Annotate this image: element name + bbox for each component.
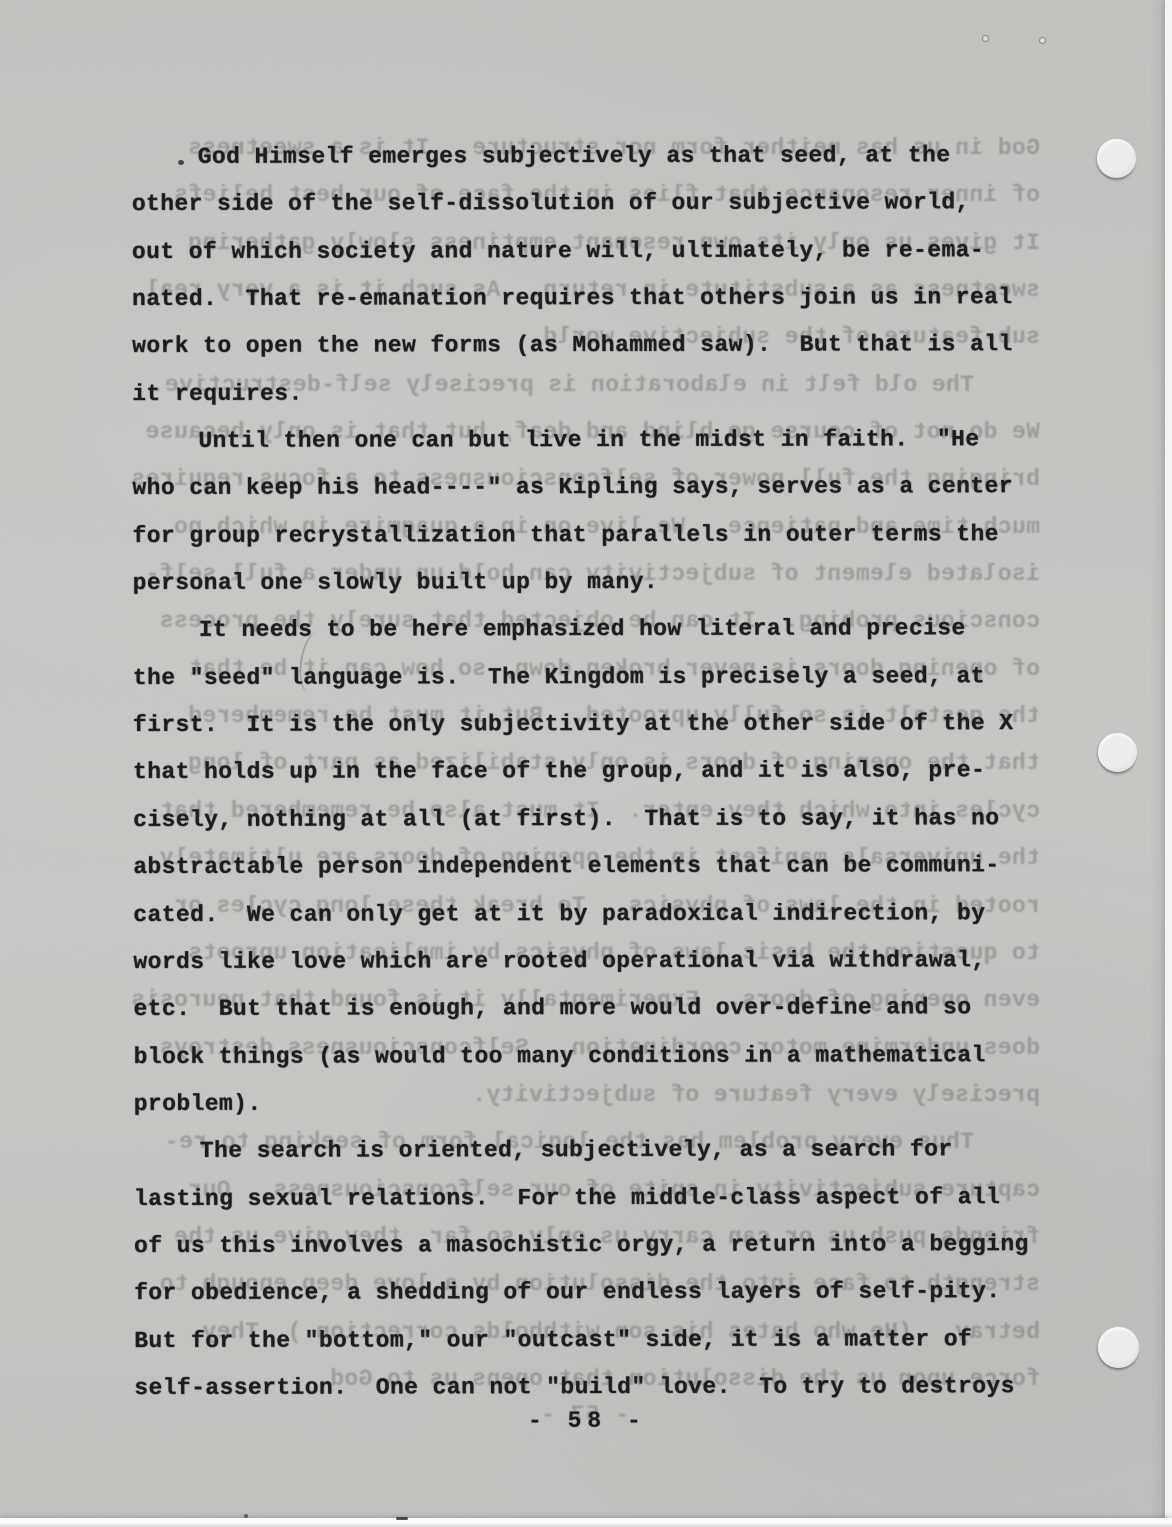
typed-line: who can keep his head----" as Kipling sa…	[132, 463, 1052, 512]
typed-line: The search is oriented, subjectively, as…	[134, 1126, 1054, 1175]
typed-line: personal one slowly built up by many.	[133, 558, 1053, 607]
scan-edge-right	[1165, 0, 1172, 1527]
punch-hole-top	[1097, 139, 1136, 178]
punch-hole-bottom	[1098, 1327, 1139, 1368]
typed-line: cisely, nothing at all (at first). That …	[133, 795, 1053, 844]
typed-line: work to open the new forms (as Mohammed …	[132, 321, 1052, 370]
typed-line: cated. We can only get at it by paradoxi…	[133, 890, 1053, 939]
typed-line: lasting sexual relations. For the middle…	[134, 1174, 1054, 1223]
typed-line: block things (as would too many conditio…	[134, 1032, 1054, 1081]
typed-line: out of which society and nature will, ul…	[132, 227, 1052, 276]
stray-ink-dot	[178, 160, 184, 165]
scanned-typewritten-page: God in us has neither form nor structure…	[0, 0, 1172, 1527]
page-number: - 58 -	[528, 1408, 647, 1434]
typed-line: first. It is the only subjectivity at th…	[133, 700, 1053, 749]
typed-line: the "seed" language is. The Kingdom is p…	[133, 653, 1053, 702]
edge-ink-dash	[396, 1517, 408, 1520]
typed-line: etc. But that is enough, and more would …	[133, 984, 1053, 1033]
typed-body-text: God Himself emerges subjectively as that…	[132, 132, 1055, 1412]
typed-line: It needs to be here emphasized how liter…	[133, 605, 1053, 654]
typed-line: problem).	[134, 1079, 1054, 1128]
typed-line: nated. That re-emanation requires that o…	[132, 274, 1052, 323]
scan-edge-bottom	[0, 1518, 1172, 1527]
typed-line: that holds up in the face of the group, …	[133, 748, 1053, 797]
punch-hole-middle	[1098, 733, 1137, 772]
typed-line: it requires.	[132, 369, 1052, 418]
paper-speck	[1040, 38, 1045, 43]
typed-line: Until then one can but live in the midst…	[132, 416, 1052, 465]
paper-speck	[983, 36, 988, 41]
edge-ink-dot	[244, 1514, 248, 1518]
typed-line: words like love which are rooted operati…	[133, 937, 1053, 986]
typed-line: abstractable person independent elements…	[133, 842, 1053, 891]
typed-line: of us this involves a masochistic orgy, …	[134, 1221, 1054, 1270]
typed-line: other side of the self-dissolution of ou…	[132, 179, 1052, 228]
typed-line: for obedience, a shedding of our endless…	[134, 1268, 1054, 1317]
typed-line: But for the "bottom," our "outcast" side…	[134, 1316, 1054, 1365]
typed-line: God Himself emerges subjectively as that…	[132, 132, 1052, 181]
typed-line: for group recrystallization that paralle…	[132, 511, 1052, 560]
